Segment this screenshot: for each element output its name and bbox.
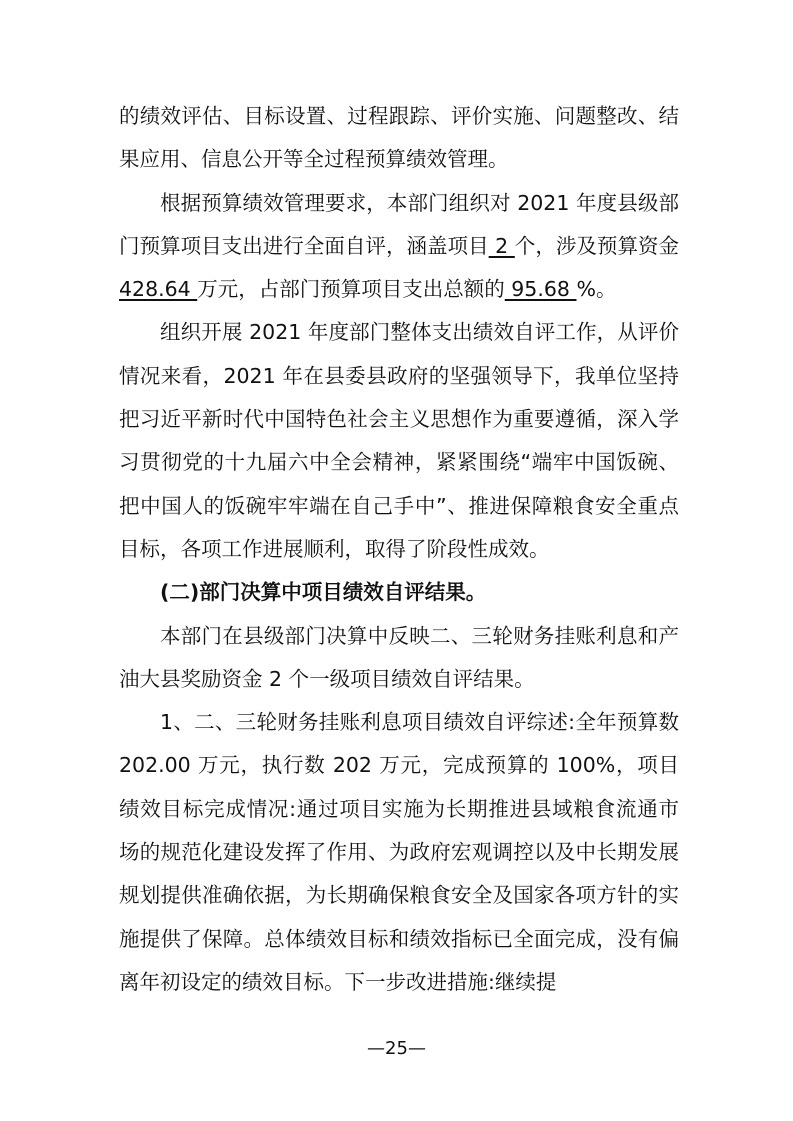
scope-text-mid1: 个，涉及预算资金 (515, 234, 679, 258)
scope-text-mid2: 万元，占部门预算项目支出总额的 (197, 277, 505, 301)
paragraph-project-1-summary: 1、二、三轮财务挂账利息项目绩效自评综述:全年预算数 202.00 万元，执行数… (119, 701, 679, 1004)
section-heading: (二)部门决算中项目绩效自评结果。 (119, 571, 679, 614)
document-body: 的绩效评估、目标设置、过程跟踪、评价实施、问题整改、结果应用、信息公开等全过程预… (119, 95, 679, 1004)
page-number: —25— (0, 1038, 793, 1059)
paragraph-overall-evaluation: 组织开展 2021 年度部门整体支出绩效自评工作，从评价情况来看，2021 年在… (119, 311, 679, 571)
document-page: 的绩效评估、目标设置、过程跟踪、评价实施、问题整改、结果应用、信息公开等全过程预… (0, 0, 793, 1121)
project-count-value: 2 (489, 234, 515, 258)
paragraph-self-evaluation-scope: 根据预算绩效管理要求，本部门组织对 2021 年度县级部门预算项目支出进行全面自… (119, 182, 679, 312)
budget-percent-value: 95.68 (505, 277, 577, 301)
budget-amount-value: 428.64 (119, 277, 197, 301)
paragraph-performance-management: 的绩效评估、目标设置、过程跟踪、评价实施、问题整改、结果应用、信息公开等全过程预… (119, 95, 679, 182)
scope-text-suffix: %。 (576, 277, 616, 301)
paragraph-project-results: 本部门在县级部门决算中反映二、三轮财务挂账利息和产油大县奖励资金 2 个一级项目… (119, 615, 679, 702)
